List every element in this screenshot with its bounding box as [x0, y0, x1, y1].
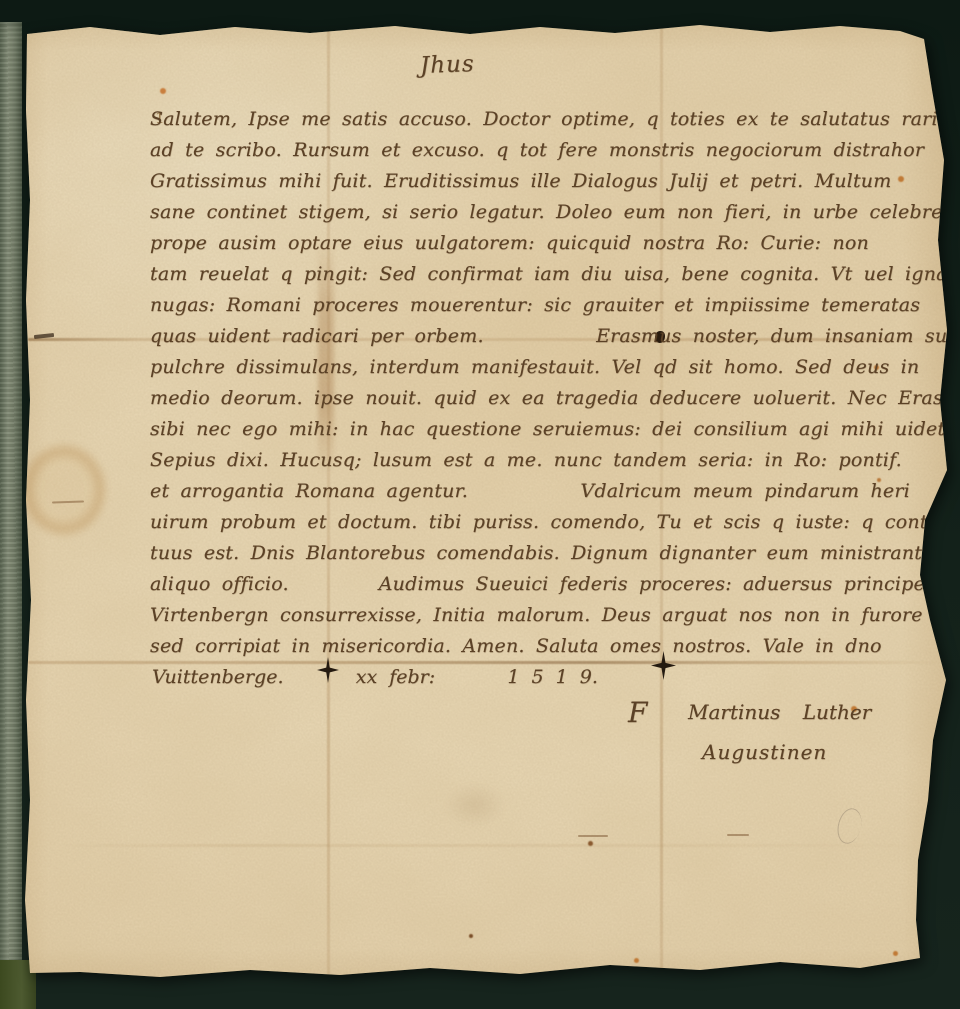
rust-speck [160, 88, 166, 94]
ink-dash [727, 834, 749, 836]
signature-initial: F [628, 696, 647, 729]
manuscript-photo-backdrop: Jhus 1 Salutem, Ipse me satis accuso. Do… [0, 0, 960, 1009]
letter-line: nugas: Romani proceres mouerentur: sic g… [150, 290, 950, 321]
fold-crease-horizontal-faint [60, 844, 920, 847]
rust-speck [893, 951, 898, 956]
rust-speck [10, 28, 17, 35]
letter-line: tuus est. Dnis Blantorebus comendabis. D… [150, 538, 950, 569]
rust-speck [588, 841, 593, 846]
letter-line: medio deorum. ipse nouit. quid ex ea tra… [150, 383, 950, 414]
signature-order: Augustinen [702, 740, 827, 764]
signature-name: Martinus Luther [688, 700, 871, 724]
letter-line: Salutem, Ipse me satis accuso. Doctor op… [150, 104, 950, 135]
letter-line: prope ausim optare eius uulgatorem: quic… [150, 228, 950, 259]
letter-line: sane continet stigem, si serio legatur. … [150, 197, 950, 228]
paper-shadow-wrap: Jhus 1 Salutem, Ipse me satis accuso. Do… [0, 0, 960, 1009]
letter-line: uirum probum et doctum. tibi puriss. com… [150, 507, 950, 538]
letter-dateline: Vuittenberge. xx febr: 1 5 1 9. [152, 666, 598, 688]
letter-line: et arrogantia Romana agentur. Vdalricum … [150, 476, 950, 507]
letter-line: aliquo officio. Audimus Sueuici federis … [150, 569, 950, 600]
letter-line: sibi nec ego mihi: in hac questione seru… [150, 414, 950, 445]
letter-line: quas uident radicari per orbem. Erasmus … [150, 321, 950, 352]
letter-line: tam reuelat q pingit: Sed confirmat iam … [150, 259, 950, 290]
ink-dash [578, 835, 608, 837]
letter-body: Salutem, Ipse me satis accuso. Doctor op… [150, 104, 950, 662]
letter-line: pulchre dissimulans, interdum manifestau… [150, 352, 950, 383]
letter-line: Virtenbergn consurrexisse, Initia maloru… [150, 600, 950, 631]
letter-line: sed corripiat in misericordia. Amen. Sal… [150, 631, 950, 662]
letter-paper: Jhus 1 Salutem, Ipse me satis accuso. Do… [0, 0, 960, 1009]
letter-line: ad te scribo. Rursum et excuso. q tot fe… [150, 135, 950, 166]
letter-line: Gratissimus mihi fuit. Eruditissimus ill… [150, 166, 950, 197]
rust-speck [469, 934, 473, 938]
letter-line: Sepius dixi. Hucusq; lusum est a me. nun… [150, 445, 950, 476]
rust-speck [634, 958, 639, 963]
invocation-header: Jhus [420, 51, 476, 79]
